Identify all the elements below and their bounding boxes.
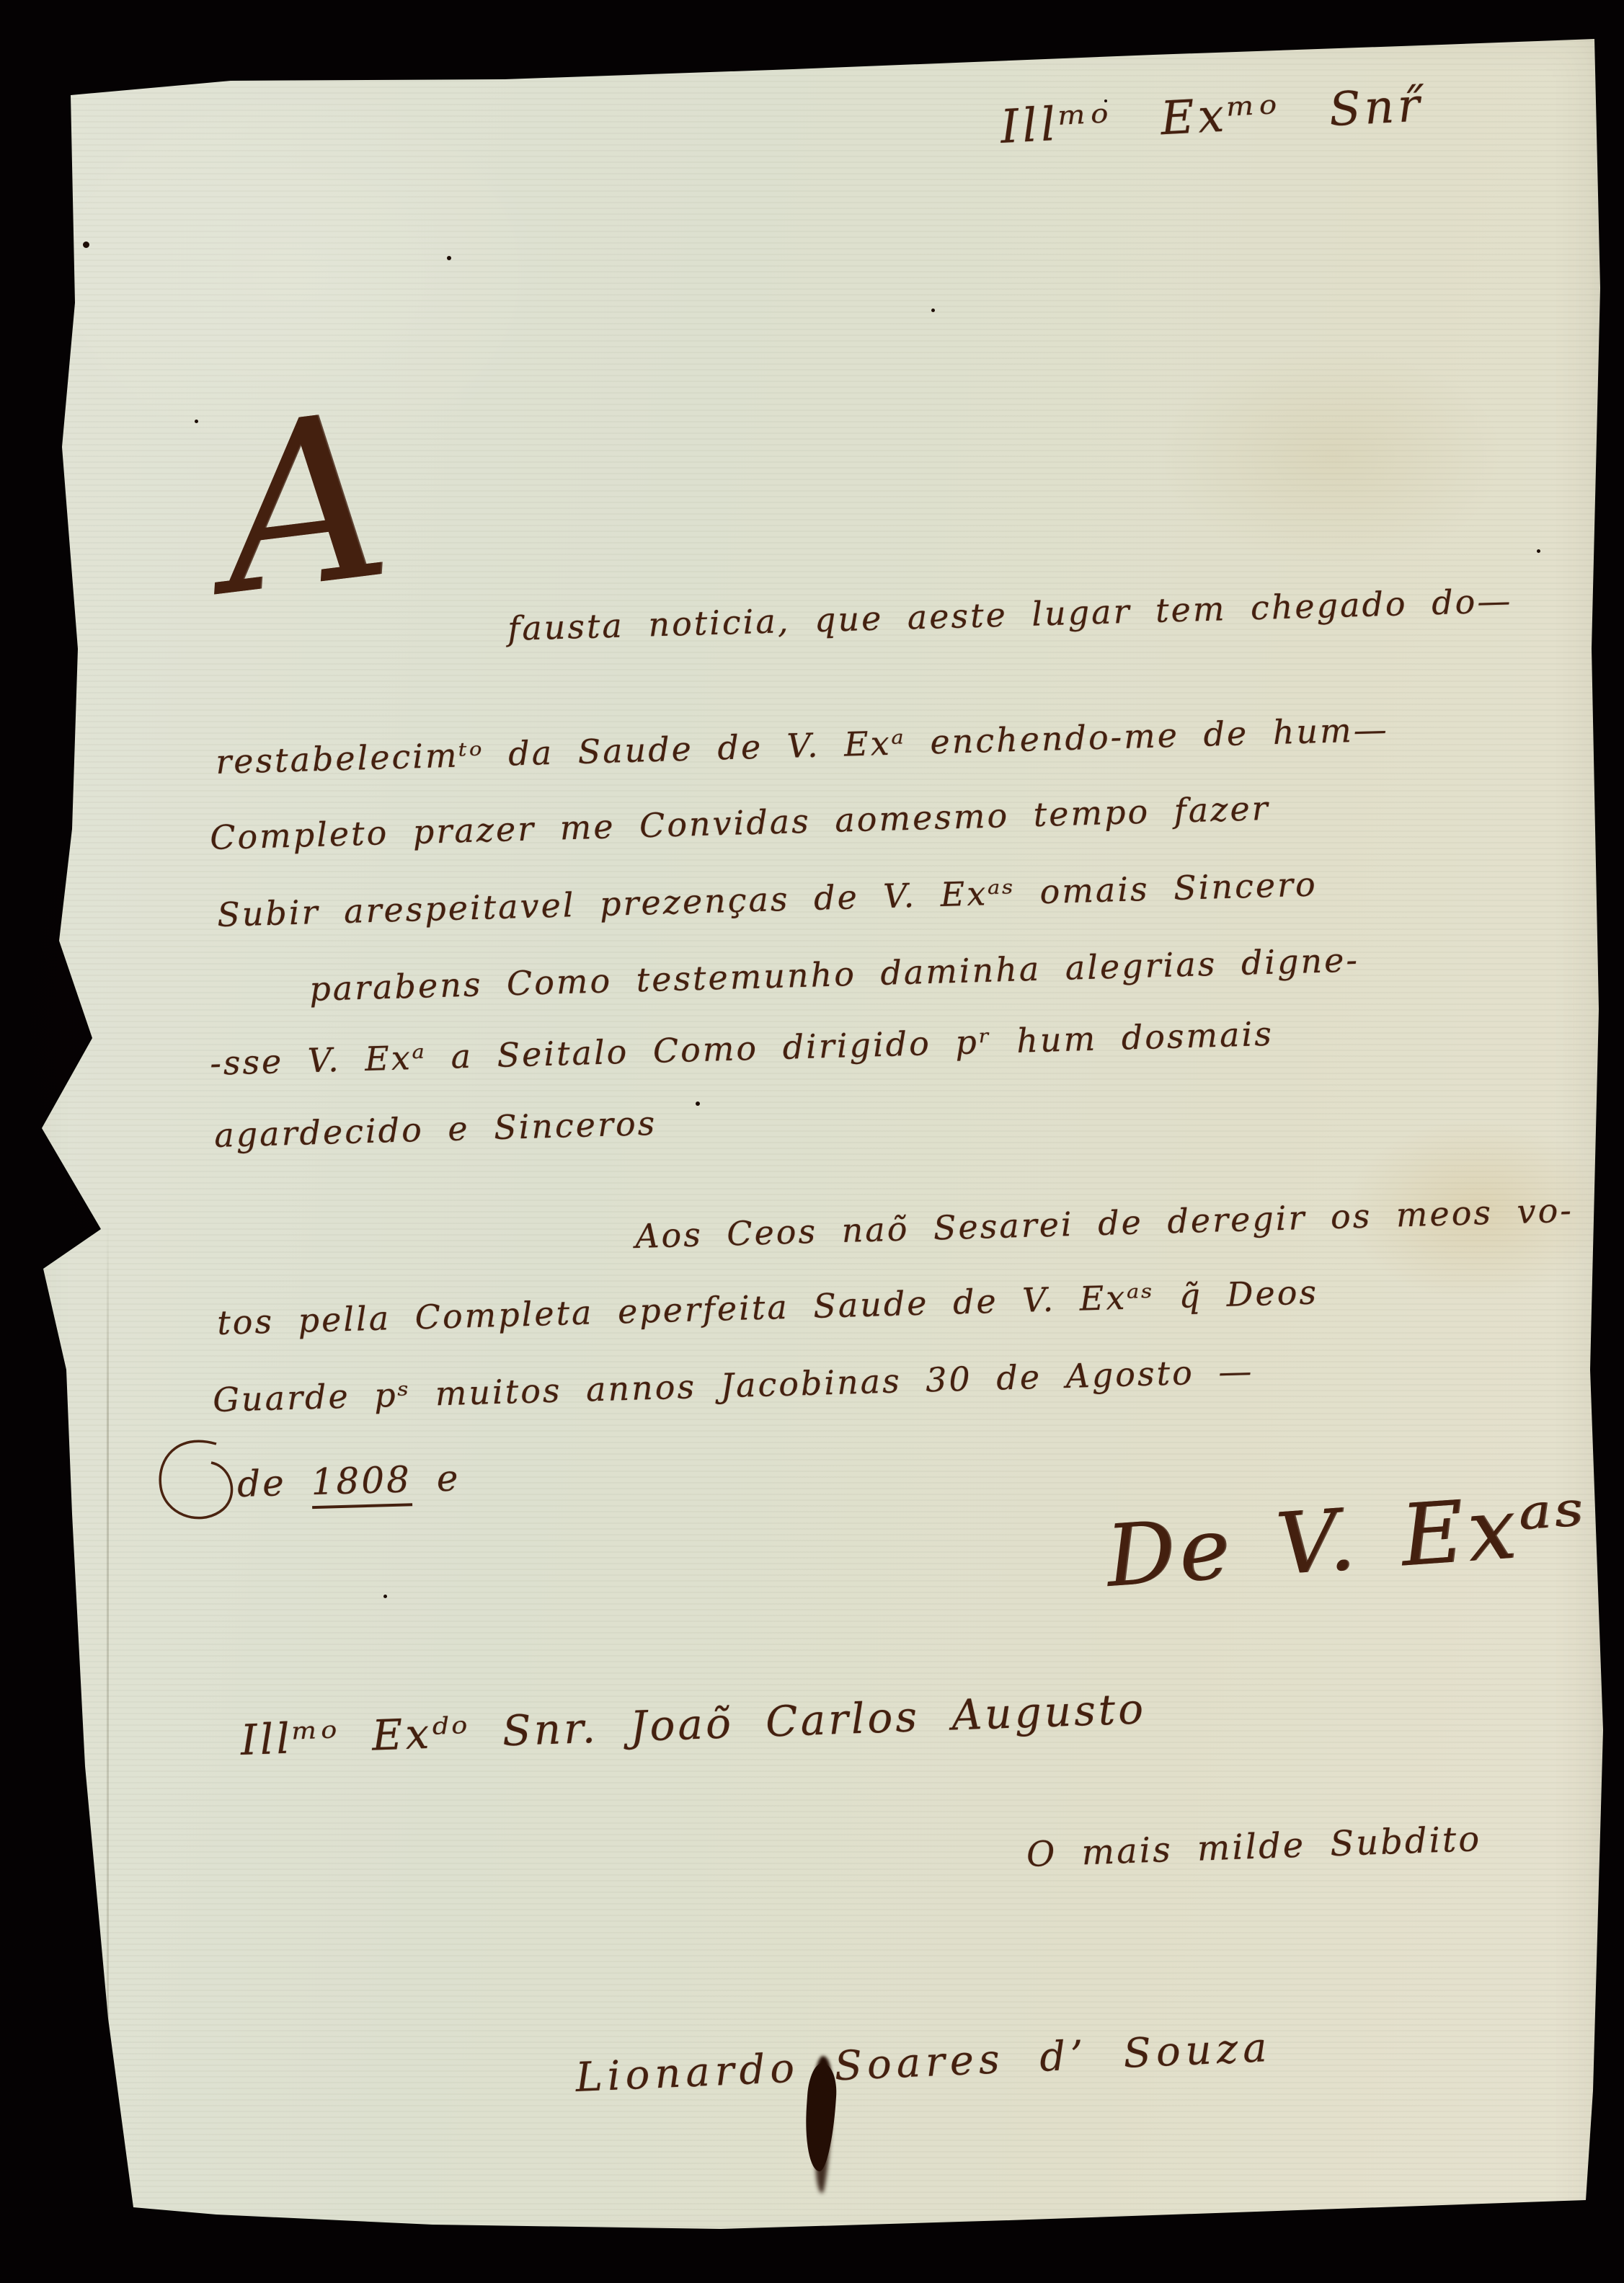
paper-speck bbox=[1537, 549, 1540, 553]
valediction-line: O mais milde Subdito bbox=[1026, 1819, 1482, 1875]
body-line: fausta noticia, que aeste lugar tem cheg… bbox=[507, 581, 1513, 648]
body-line: -sse V. Exᵃ a Seitalo Como dirigido pʳ h… bbox=[209, 1014, 1274, 1083]
body-line: Aos Ceos naõ Sesarei de deregir os meos … bbox=[634, 1191, 1574, 1256]
closing-formula: De V. Exᵃˢ bbox=[1103, 1473, 1592, 1606]
salutation-line: Illᵐᵒ Exᵐᵒ Snr̋ bbox=[999, 79, 1424, 154]
body-line: Subir arespeitavel prezenças de V. Exᵃˢ … bbox=[216, 864, 1318, 934]
body-line: Guarde pˢ muitos annos Jacobinas 30 de A… bbox=[212, 1352, 1254, 1419]
dateline-suffix: e bbox=[411, 1457, 461, 1500]
letter-paper: Illᵐᵒ Exᵐᵒ Snr̋ A fausta noticia, que ae… bbox=[0, 0, 1624, 2283]
paper-speck bbox=[447, 256, 451, 260]
address-line: Illᵐᵒ Exᵈᵒ Snr. Joaõ Carlos Augusto bbox=[240, 1684, 1147, 1765]
paper-crease bbox=[107, 1218, 109, 2206]
photo-backdrop: Illᵐᵒ Exᵐᵒ Snr̋ A fausta noticia, que ae… bbox=[0, 0, 1624, 2283]
body-line: parabens Como testemunho daminha alegria… bbox=[309, 940, 1359, 1008]
body-line: restabelecimᵗᵒ da Saude de V. Exᵃ enchen… bbox=[215, 710, 1389, 781]
dateline: de 1808 e bbox=[236, 1457, 461, 1505]
body-line: agardecido e Sinceros bbox=[213, 1104, 657, 1155]
signature-line: Lionardo Soares d’ Souza bbox=[574, 2024, 1273, 2101]
paper-speck bbox=[195, 420, 198, 423]
paper-speck bbox=[383, 1595, 387, 1598]
dateline-prefix: de bbox=[236, 1461, 311, 1505]
date-underlined-year: 1808 bbox=[311, 1458, 412, 1509]
drop-cap-initial: A bbox=[205, 364, 402, 646]
paper-speck bbox=[931, 309, 935, 312]
body-line: tos pella Completa eperfeita Saude de V.… bbox=[216, 1272, 1318, 1342]
body-line: Completo prazer me Convidas aomesmo temp… bbox=[209, 789, 1270, 857]
paper-speck bbox=[83, 241, 89, 248]
paper-speck bbox=[696, 1101, 700, 1106]
